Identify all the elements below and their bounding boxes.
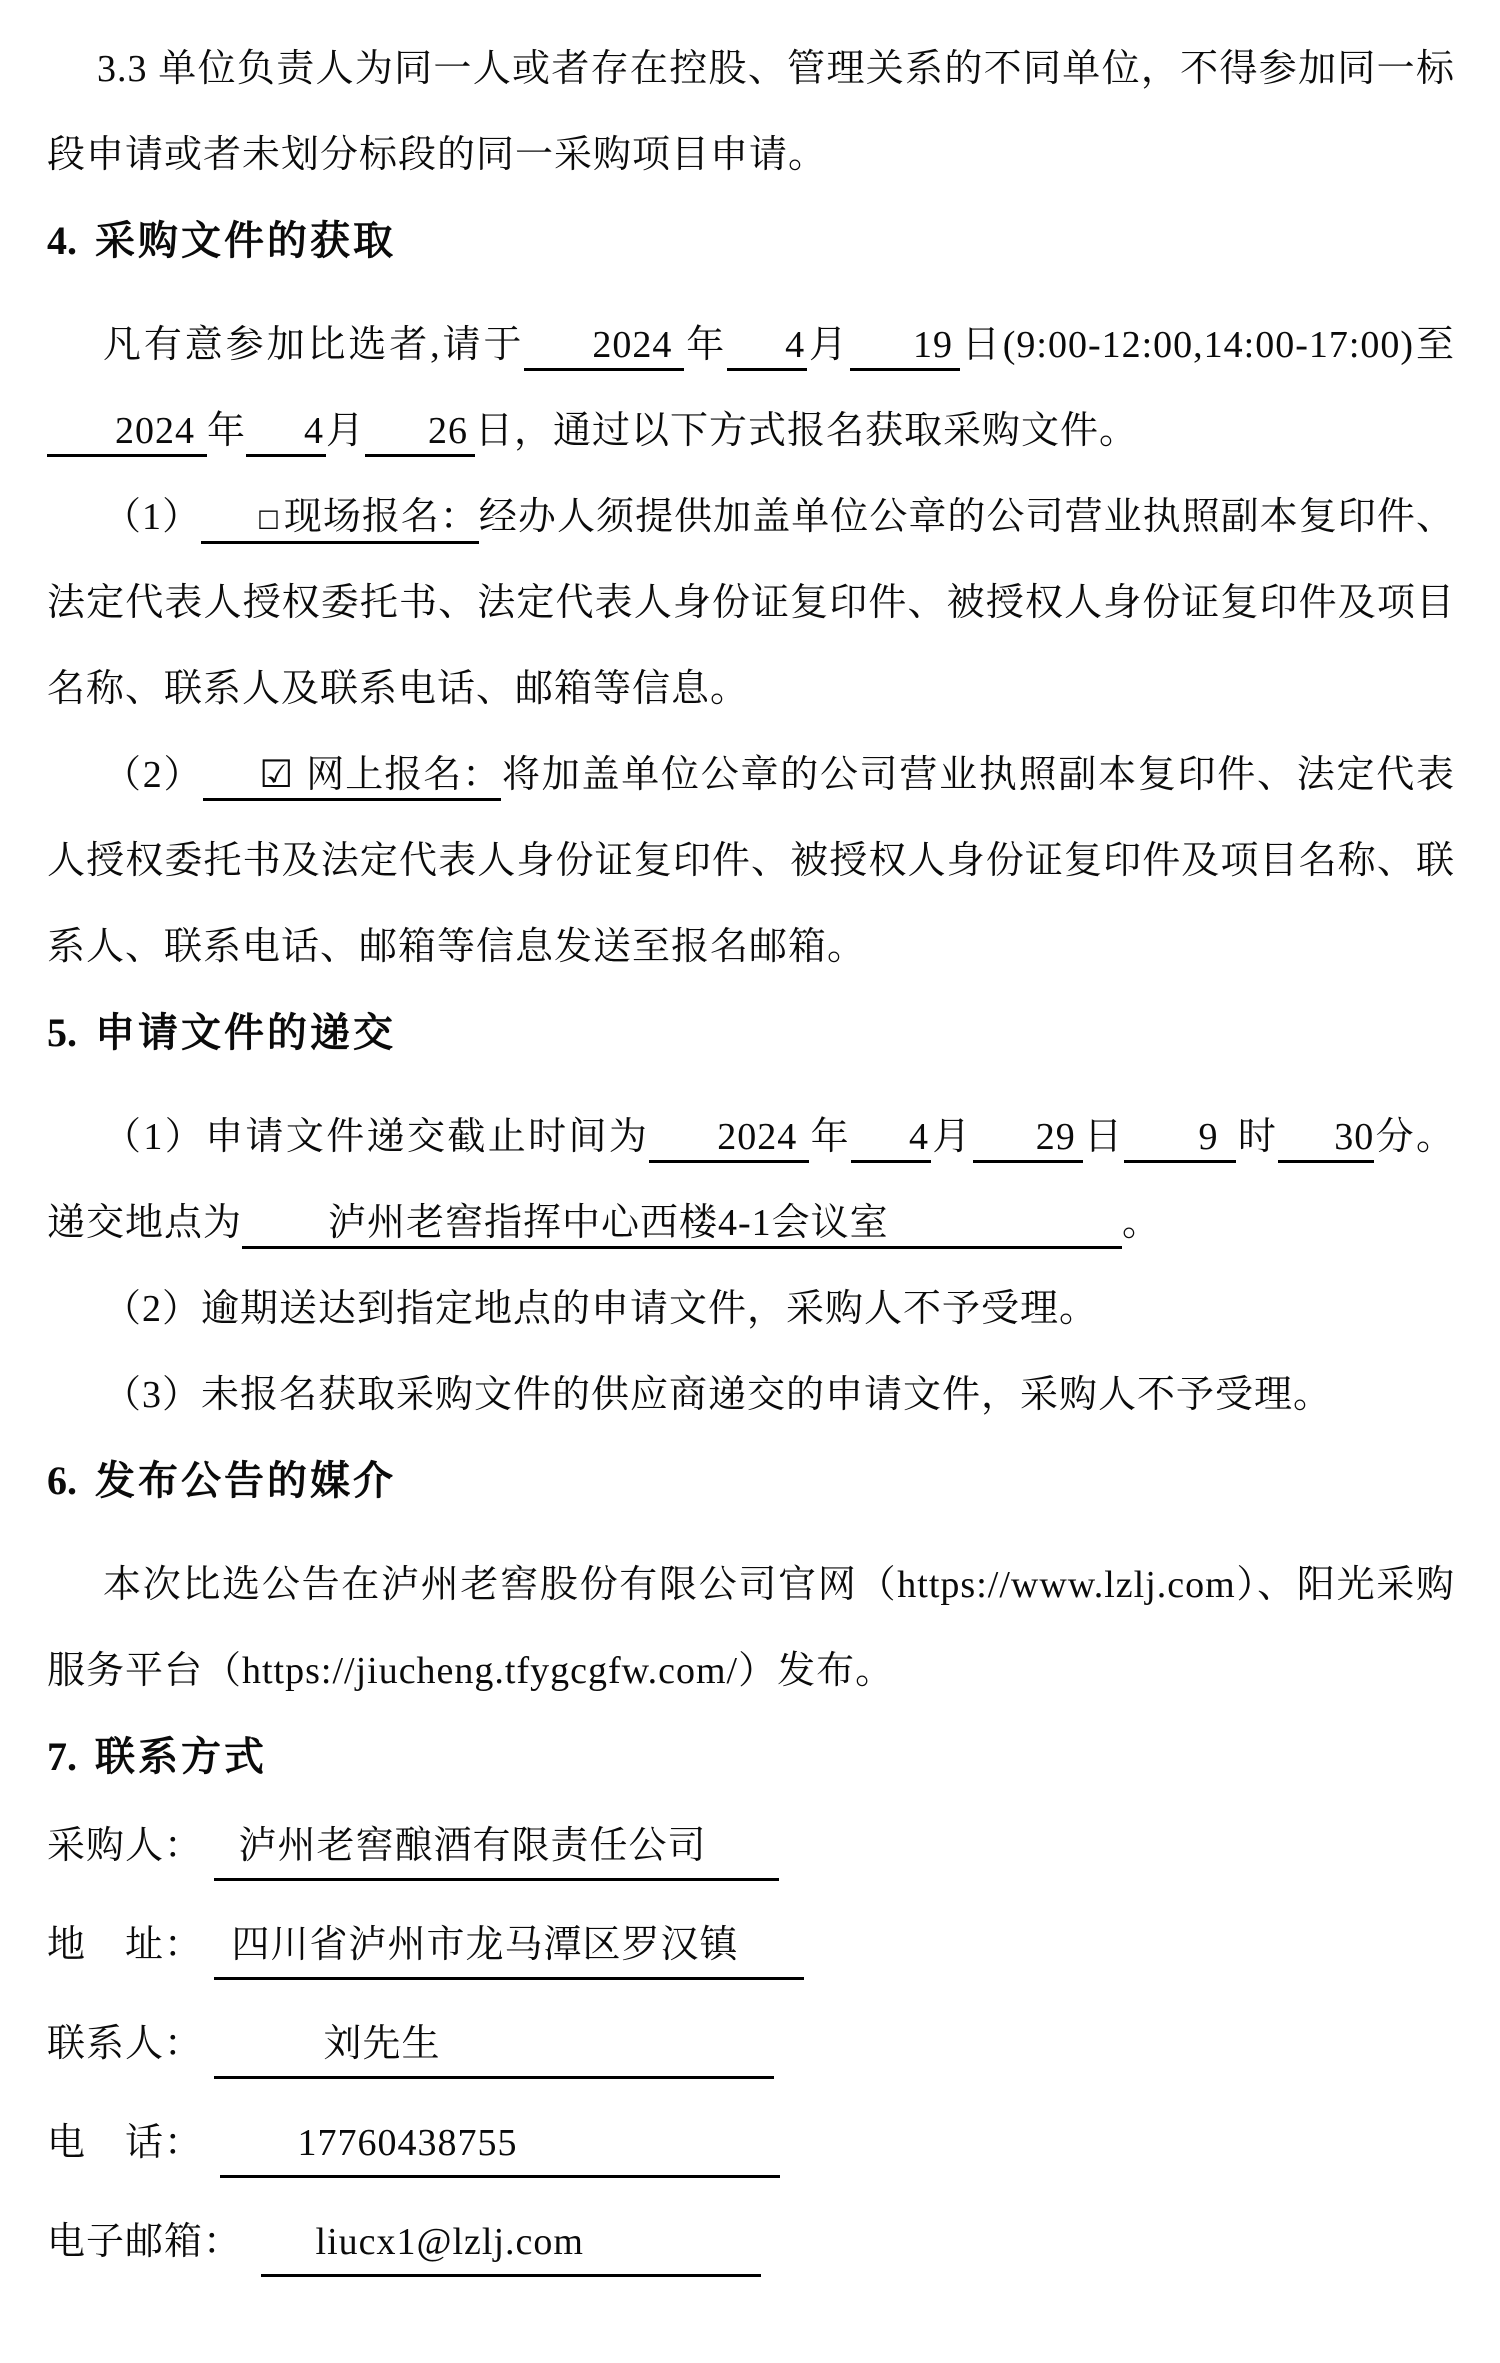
- contact-row-purchaser: 采购人： 泸州老窖酿酒有限责任公司: [47, 1818, 1455, 1881]
- section7-number: 7.: [47, 1734, 77, 1779]
- clause-3-3: 3.3 单位负责人为同一人或者存在控股、管理关系的不同单位，不得参加同一标段申请…: [47, 26, 1455, 198]
- contact-row-address: 地 址： 四川省泸州市龙马潭区罗汉镇: [47, 1917, 1455, 1980]
- contact-row-person: 联系人： 刘先生: [47, 2016, 1455, 2079]
- phone-label: 电 话：: [47, 2115, 214, 2171]
- online-registration-label: ☑网上报名：: [203, 751, 501, 801]
- deadline-pre-text: （1）申请文件递交截止时间为: [103, 1116, 649, 1158]
- contact-person-label: 联系人：: [47, 2016, 214, 2072]
- onsite-registration-paragraph: （1）□现场报名：经办人须提供加盖单位公章的公司营业执照副本复印件、法定代表人授…: [47, 474, 1455, 732]
- section6-title: 发布公告的媒介: [95, 1459, 396, 1503]
- late-delivery-clause: （2）逾期送达到指定地点的申请文件，采购人不予受理。: [47, 1266, 1455, 1352]
- deadline-end-punct: 。: [1122, 1202, 1161, 1244]
- contact-row-phone: 电 话： 17760438755: [47, 2115, 1455, 2178]
- intro-post-text: 日，通过以下方式报名获取采购文件。: [475, 410, 1138, 452]
- section4-heading: 4.采购文件的获取: [47, 198, 1455, 284]
- item1-number: （1）: [103, 496, 201, 538]
- blank-deadline-month: 4: [851, 1114, 931, 1163]
- contact-row-email: 电子邮箱： liucx1@lzlj.com: [47, 2214, 1455, 2277]
- section5-number: 5.: [47, 1010, 77, 1055]
- section6-heading: 6.发布公告的媒介: [47, 1438, 1455, 1524]
- blank-deadline-year: 2024: [649, 1114, 809, 1163]
- section4-number: 4.: [47, 218, 77, 263]
- blank-deadline-hour: 9: [1124, 1114, 1236, 1163]
- section5-heading: 5.申请文件的递交: [47, 990, 1455, 1076]
- phone-value: 17760438755: [220, 2115, 780, 2178]
- blank-year-start: 2024: [524, 322, 684, 371]
- section6-number: 6.: [47, 1458, 77, 1503]
- announcement-media-paragraph: 本次比选公告在泸州老窖股份有限公司官网（https://www.lzlj.com…: [47, 1542, 1455, 1714]
- blank-deadline-minute: 30: [1278, 1114, 1374, 1163]
- item2-number: （2）: [103, 754, 203, 796]
- deadline-unit-year: 年: [809, 1116, 851, 1158]
- contact-person-value: 刘先生: [214, 2016, 774, 2079]
- blank-month-start: 4: [727, 322, 807, 371]
- section7-heading: 7.联系方式: [47, 1714, 1455, 1800]
- blank-day-start: 19: [850, 322, 960, 371]
- address-value: 四川省泸州市龙马潭区罗汉镇: [214, 1917, 804, 1980]
- blank-year-end: 2024: [47, 408, 207, 457]
- email-value: liucx1@lzlj.com: [261, 2214, 761, 2277]
- blank-submission-location: 泸州老窖指挥中心西楼4-1会议室: [242, 1200, 1122, 1249]
- online-registration-paragraph: （2）☑网上报名：将加盖单位公章的公司营业执照副本复印件、法定代表人授权委托书及…: [47, 732, 1455, 990]
- deadline-unit-hour: 时: [1236, 1116, 1278, 1158]
- deadline-unit-month: 月: [931, 1116, 973, 1158]
- checkbox-checked-icon: ☑: [259, 752, 294, 796]
- submission-deadline-paragraph: （1）申请文件递交截止时间为2024年4月29日9时30分。递交地点为泸州老窖指…: [47, 1094, 1455, 1266]
- section4-title: 采购文件的获取: [95, 219, 396, 263]
- intro-mid-text: 日(9:00-12:00,14:00-17:00)至: [960, 324, 1455, 366]
- unit-year2: 年: [207, 410, 246, 452]
- onsite-registration-label: □现场报名：: [201, 494, 479, 544]
- address-label: 地 址：: [47, 1917, 214, 1973]
- purchaser-label: 采购人：: [47, 1818, 214, 1874]
- unit-year: 年: [684, 324, 727, 366]
- section7-title: 联系方式: [95, 1735, 267, 1779]
- blank-month-end: 4: [246, 408, 326, 457]
- deadline-unit-day: 日: [1083, 1116, 1125, 1158]
- intro-pre-text: 凡有意参加比选者,请于: [103, 324, 524, 366]
- purchaser-value: 泸州老窖酿酒有限责任公司: [214, 1818, 779, 1881]
- onsite-label-text: 现场报名：: [284, 496, 479, 538]
- document-page: 3.3 单位负责人为同一人或者存在控股、管理关系的不同单位，不得参加同一标段申请…: [0, 0, 1500, 2277]
- section5-title: 申请文件的递交: [95, 1011, 396, 1055]
- unit-month: 月: [807, 324, 850, 366]
- unregistered-supplier-clause: （3）未报名获取采购文件的供应商递交的申请文件，采购人不予受理。: [47, 1352, 1455, 1438]
- online-label-text: 网上报名：: [306, 754, 501, 796]
- email-label: 电子邮箱：: [47, 2214, 253, 2270]
- section4-intro-paragraph: 凡有意参加比选者,请于2024年4月19日(9:00-12:00,14:00-1…: [47, 302, 1455, 474]
- checkbox-unchecked-icon: □: [257, 504, 281, 532]
- unit-month2: 月: [326, 410, 365, 452]
- blank-day-end: 26: [365, 408, 475, 457]
- blank-deadline-day: 29: [973, 1114, 1083, 1163]
